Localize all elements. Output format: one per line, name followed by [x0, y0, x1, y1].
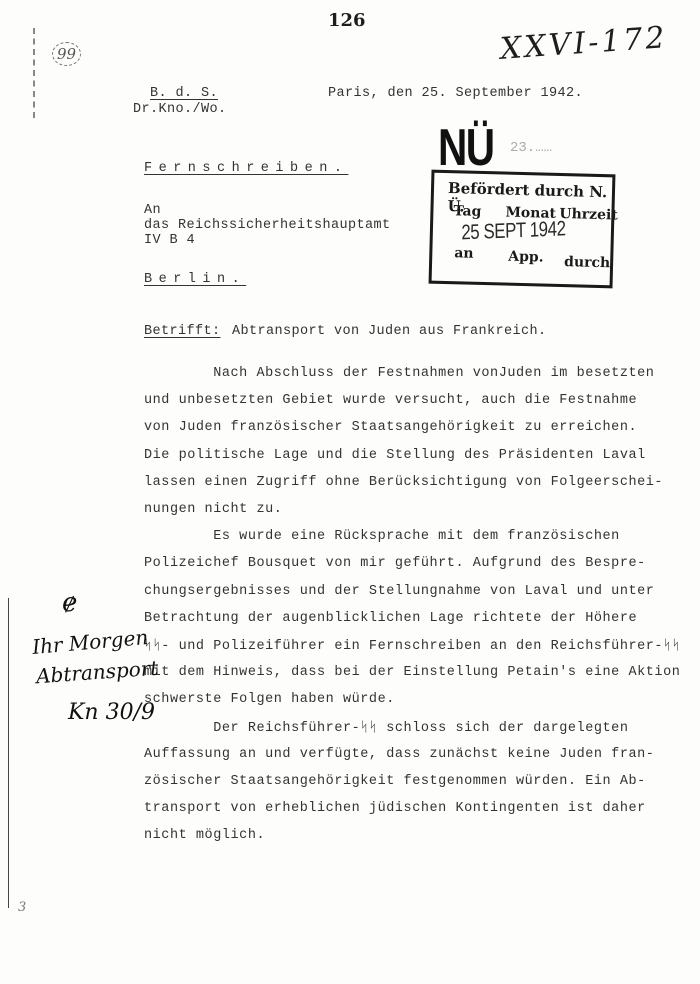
body-line: Nach Abschluss der Festnahmen vonJuden i…	[144, 366, 654, 381]
body-line: chungsergebnisses und der Stellungnahme …	[144, 584, 654, 599]
punch-hole-marks	[33, 28, 37, 118]
body-line: von Juden französischer Staatsangehörigk…	[144, 420, 637, 435]
folio-number: 99	[52, 42, 81, 66]
recipient-department: IV B 4	[144, 233, 195, 248]
document-page: 99 126 XXVI-172 B. d. S. Dr.Kno./Wo. Par…	[0, 0, 700, 984]
stamp-label-apparatus: App.	[508, 249, 544, 266]
stamp-label-day: Tag	[453, 203, 481, 220]
recipient-office: das Reichssicherheitshauptamt	[144, 218, 391, 233]
body-line: schwerste Folgen haben würde.	[144, 692, 395, 707]
body-line: transport von erheblichen jüdischen Kont…	[144, 801, 646, 816]
stamp-label-to: an	[454, 245, 474, 261]
recipient-city: Berlin.	[144, 272, 246, 287]
handwritten-note-line-1: Ihr Morgen	[31, 625, 149, 659]
stamp-label-time: Uhrzeit	[559, 206, 618, 224]
body-line: nungen nicht zu.	[144, 502, 282, 517]
body-line: Betrachtung der augenblicklichen Lage ri…	[144, 611, 637, 626]
subject-text: Abtransport von Juden aus Frankreich.	[232, 324, 547, 339]
subject-label: Betrifft:	[144, 324, 221, 339]
body-line: Die politische Lage und die Stellung des…	[144, 448, 646, 463]
stamp-date: 25 SEPT 1942	[461, 217, 566, 245]
body-line: mit dem Hinweis, dass bei der Einstellun…	[144, 665, 680, 680]
sender: B. d. S.	[150, 86, 218, 101]
recipient-prefix: An	[144, 203, 161, 218]
handwritten-note-line-2: Abtransport	[35, 656, 159, 688]
stamp-label-by: durch	[564, 254, 610, 271]
place-date: Paris, den 25. September 1942.	[328, 86, 583, 101]
handwritten-note-line-3: Kn 30/9	[68, 700, 155, 725]
body-line: und unbesetzten Gebiet wurde versucht, a…	[144, 393, 637, 408]
archive-reference: XXVI-172	[499, 20, 669, 67]
bottom-margin-mark: 3	[18, 900, 26, 915]
body-line: lassen einen Zugriff ohne Berücksichtigu…	[144, 475, 663, 490]
body-line: Der Reichsführer-ᛋᛋ schloss sich der dar…	[144, 720, 628, 736]
reference-code: Dr.Kno./Wo.	[133, 102, 227, 117]
document-type: Fernschreiben.	[144, 161, 348, 176]
archive-page-number: 126	[328, 10, 366, 31]
handwritten-mark-top: ɇ	[62, 588, 77, 618]
left-edge-line	[8, 598, 9, 908]
body-line: nicht möglich.	[144, 828, 265, 843]
transmission-stamp: Befördert durch N. Ü. Tag Monat Uhrzeit …	[429, 170, 616, 289]
body-line: Auffassung an und verfügte, dass zunächs…	[144, 747, 654, 762]
body-line: ᛋᛋ- und Polizeiführer ein Fernschreiben …	[144, 638, 680, 654]
body-line: Es wurde eine Rücksprache mit dem franzö…	[144, 529, 620, 544]
body-line: Polizeichef Bousquet von mir geführt. Au…	[144, 556, 646, 571]
body-line: zösischer Staatsangehörigkeit festgenomm…	[144, 774, 646, 789]
nu-stamp-faint-number: 23.……	[510, 140, 552, 156]
